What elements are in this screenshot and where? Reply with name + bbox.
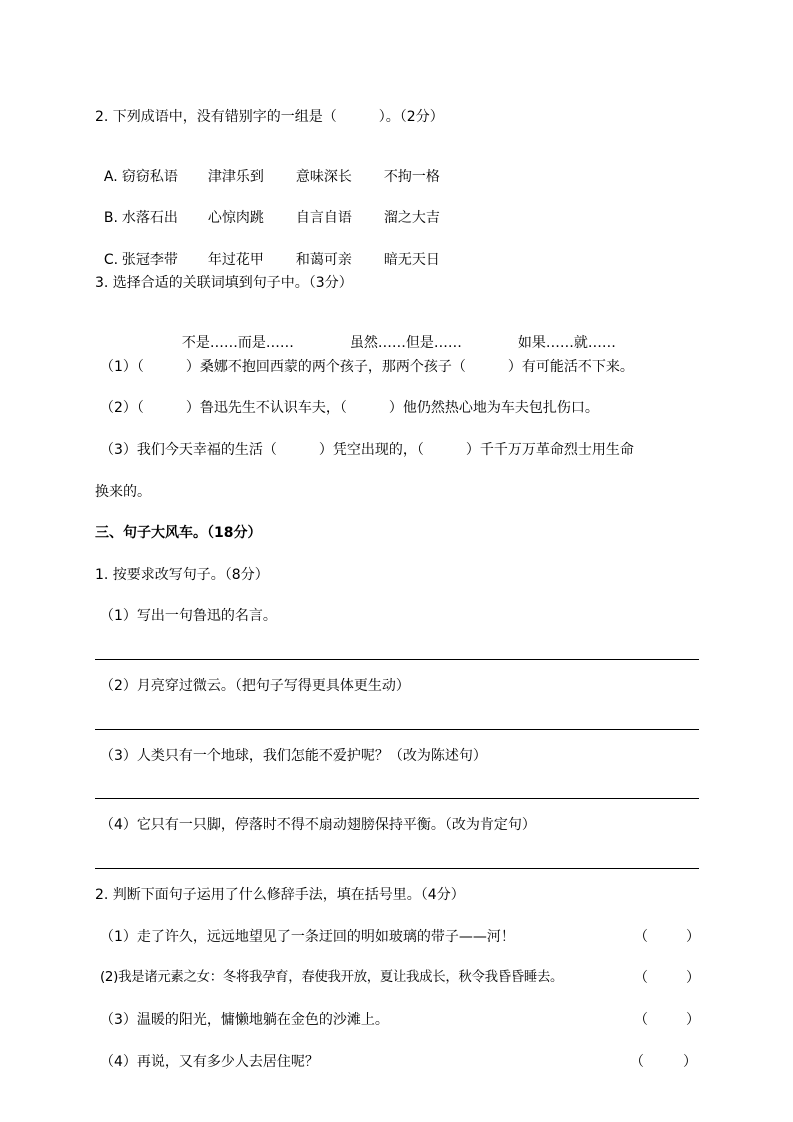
idiom: 张冠李带 [122,251,208,269]
answer-paren-close[interactable]: ） [683,1053,697,1071]
rhetoric-item-1: （1）走了许久，远远地望见了一条迂回的明如玻璃的带子——河！ [100,928,515,946]
answer-paren-close[interactable]: ） [686,969,700,987]
answer-paren-close[interactable]: ） [686,928,700,946]
idiom: 不拘一格 [384,168,440,186]
conjunction-choice: 虽然……但是…… [350,334,518,352]
s3-question-1-stem: 1. 按要求改写句子。（8分） [95,566,269,584]
answer-paren-open[interactable]: （ [630,1053,644,1071]
idiom: 暗无天日 [384,251,440,269]
idiom: 和蔼可亲 [296,251,384,269]
rhetoric-item-2: (2)我是诸元素之女：冬将我孕育，春使我开放，夏让我成长，秋令我昏昏睡去。 [100,969,563,987]
section-3-title: 三、句子大风车。（18分） [95,524,261,542]
answer-line-4[interactable] [95,868,699,869]
answer-line-2[interactable] [95,729,699,730]
idiom: 窃窃私语 [122,168,208,186]
answer-paren-open[interactable]: （ [634,969,648,987]
conjunction-choice: 不是……而是…… [182,334,350,352]
conjunction-choice: 如果……就…… [518,334,616,352]
q3-item-2: （2）（ ）鲁迅先生不认识车夫，（ ）他仍然热心地为车夫包扎伤口。 [100,399,599,417]
answer-paren-open[interactable]: （ [634,928,648,946]
idiom: 津津乐到 [208,168,296,186]
option-label: B. [104,209,122,227]
q3-item-3-continued: 换来的。 [95,483,151,501]
rhetoric-item-4: （4）再说，又有多少人去居住呢？ [100,1053,319,1071]
question-2-stem: 2. 下列成语中，没有错别字的一组是（ ）。（2分） [95,108,444,126]
option-label: C. [104,251,122,269]
answer-paren-close[interactable]: ） [686,1011,700,1029]
answer-line-1[interactable] [95,659,699,660]
rewrite-item-3: （3）人类只有一个地球，我们怎能不爱护呢？（改为陈述句） [100,747,487,765]
idiom: 心惊肉跳 [208,209,296,227]
s3-question-2-stem: 2. 判断下面句子运用了什么修辞手法，填在括号里。（4分） [95,886,465,904]
rewrite-item-2: （2）月亮穿过微云。（把句子写得更具体更生动） [100,677,410,695]
rewrite-item-4: （4）它只有一只脚，停落时不得不扇动翅膀保持平衡。（改为肯定句） [100,816,536,834]
option-b[interactable]: B.水落石出心惊肉跳自言自语溜之大吉 [95,191,440,227]
idiom: 自言自语 [296,209,384,227]
question-3-stem: 3. 选择合适的关联词填到句子中。（3分） [95,274,353,292]
option-c[interactable]: C.张冠李带年过花甲和蔼可亲暗无天日 [95,233,440,269]
idiom: 溜之大吉 [384,209,440,227]
q3-item-1: （1）（ ）桑娜不抱回西蒙的两个孩子，那两个孩子（ ）有可能活不下来。 [100,358,634,376]
idiom: 意味深长 [296,168,384,186]
conjunction-choices: 不是……而是……虽然……但是……如果……就…… [173,316,616,352]
answer-paren-open[interactable]: （ [634,1011,648,1029]
q3-item-3: （3）我们今天幸福的生活（ ）凭空出现的，（ ）千千万万革命烈士用生命 [100,441,634,459]
idiom: 水落石出 [122,209,208,227]
rewrite-item-1: （1）写出一句鲁迅的名言。 [100,607,277,625]
idiom: 年过花甲 [208,251,296,269]
option-a[interactable]: A.窃窃私语津津乐到意味深长不拘一格 [95,150,440,186]
answer-line-3[interactable] [95,798,699,799]
option-label: A. [104,168,122,186]
rhetoric-item-3: （3）温暖的阳光，慵懒地躺在金色的沙滩上。 [100,1011,389,1029]
